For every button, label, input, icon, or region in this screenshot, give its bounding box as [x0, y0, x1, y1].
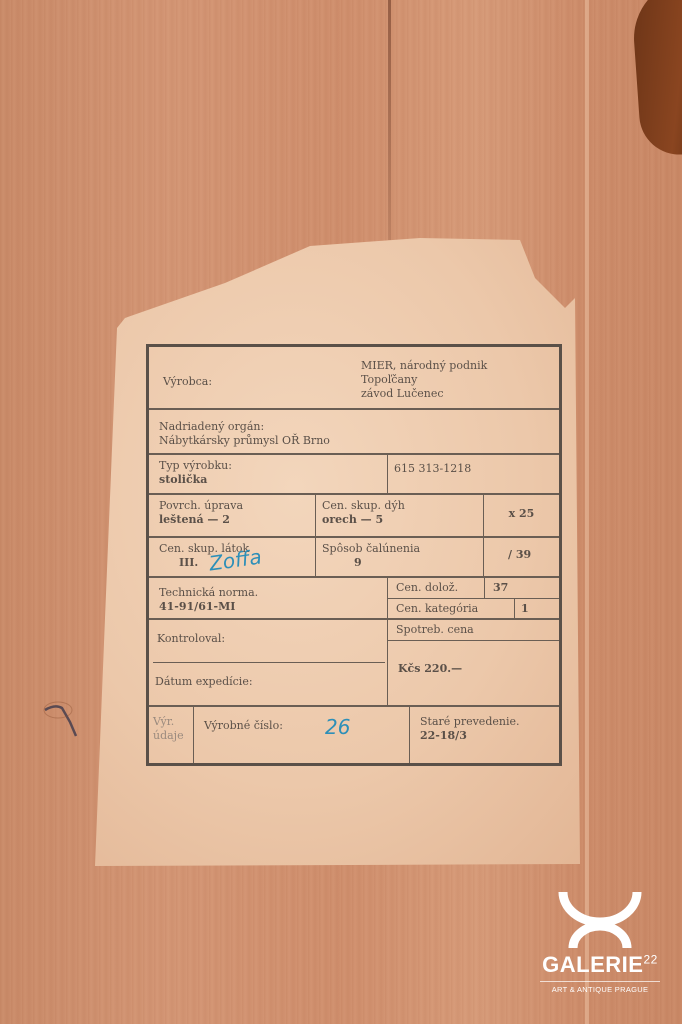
- watermark-tagline: ART & ANTIQUE PRAGUE: [540, 981, 660, 994]
- wood-knot: [40, 690, 85, 740]
- handwritten-serial-number: 26: [325, 715, 350, 739]
- manufacturer-plant: závod Lučenec: [361, 387, 487, 401]
- galerie-logo-icon: [555, 888, 645, 948]
- technical-norm-row: Technická norma. 41-91/61-MI Cen. dolož.…: [149, 578, 559, 620]
- upholstery-label: Spôsob čalúnenia: [322, 542, 477, 556]
- slash-value: / 39: [508, 548, 553, 562]
- manufacturer-city: Topoľčany: [361, 373, 487, 387]
- consumer-price-value: Kčs 220.—: [398, 662, 462, 675]
- galerie22-watermark: GALERIE22 ART & ANTIQUE PRAGUE: [530, 888, 670, 994]
- price-surcharge-value: 37: [484, 578, 508, 598]
- wood-seam: [585, 0, 589, 1024]
- manufacturer-label: Výrobca:: [163, 375, 212, 389]
- wood-crack: [388, 0, 391, 240]
- inspected-label: Kontroloval:: [157, 632, 225, 645]
- price-category-value: 1: [514, 599, 529, 619]
- production-data-label-1: Výr.: [153, 715, 189, 729]
- surface-label: Povrch. úprava: [159, 499, 307, 513]
- manufacturer-name: MIER, národný podnik: [361, 359, 487, 373]
- price-category-label: Cen. kategória: [396, 602, 478, 615]
- product-type-value: stolička: [159, 473, 379, 487]
- production-label-form: Výrobca: MIER, národný podnik Topoľčany …: [146, 344, 562, 766]
- fabric-row: Cen. skup. látok III. Zoffa Spôsob čalún…: [149, 538, 559, 578]
- x-value: x 25: [490, 507, 553, 521]
- inspection-row: Kontroloval: Dátum expedície: Spotreb. c…: [149, 620, 559, 707]
- serial-number-label: Výrobné číslo:: [204, 719, 399, 733]
- product-code: 615 313-1218: [394, 462, 553, 476]
- surface-value: leštená — 2: [159, 513, 307, 527]
- product-type-row: Typ výrobku: stolička 615 313-1218: [149, 455, 559, 495]
- product-type-label: Typ výrobku:: [159, 459, 379, 473]
- upholstery-value: 9: [322, 556, 477, 570]
- parent-org-value: Nábytkársky průmysl OŘ Brno: [159, 434, 330, 448]
- old-version-value: 22-18/3: [420, 729, 549, 743]
- technical-norm-value: 41-91/61-MI: [159, 600, 379, 614]
- consumer-price-label: Spotreb. cena: [396, 623, 474, 636]
- watermark-brand: GALERIE22: [530, 952, 670, 978]
- parent-org-label: Nadriadený orgán:: [159, 420, 330, 434]
- price-surcharge-label: Cen. dolož.: [396, 581, 458, 594]
- dispatch-date-label: Dátum expedície:: [155, 675, 253, 688]
- parent-org-row: Nadriadený orgán: Nábytkársky průmysl OŘ…: [149, 410, 559, 455]
- production-data-label-2: údaje: [153, 729, 189, 743]
- surface-row: Povrch. úprava leštená — 2 Cen. skup. dý…: [149, 495, 559, 538]
- manufacturer-row: Výrobca: MIER, národný podnik Topoľčany …: [149, 347, 559, 410]
- old-version-label: Staré prevedenie.: [420, 715, 549, 729]
- production-data-row: Výr. údaje Výrobné číslo: 26 Staré preve…: [149, 707, 559, 763]
- veneer-group-label: Cen. skup. dýh: [322, 499, 477, 513]
- technical-norm-label: Technická norma.: [159, 586, 379, 600]
- veneer-group-value: orech — 5: [322, 513, 477, 527]
